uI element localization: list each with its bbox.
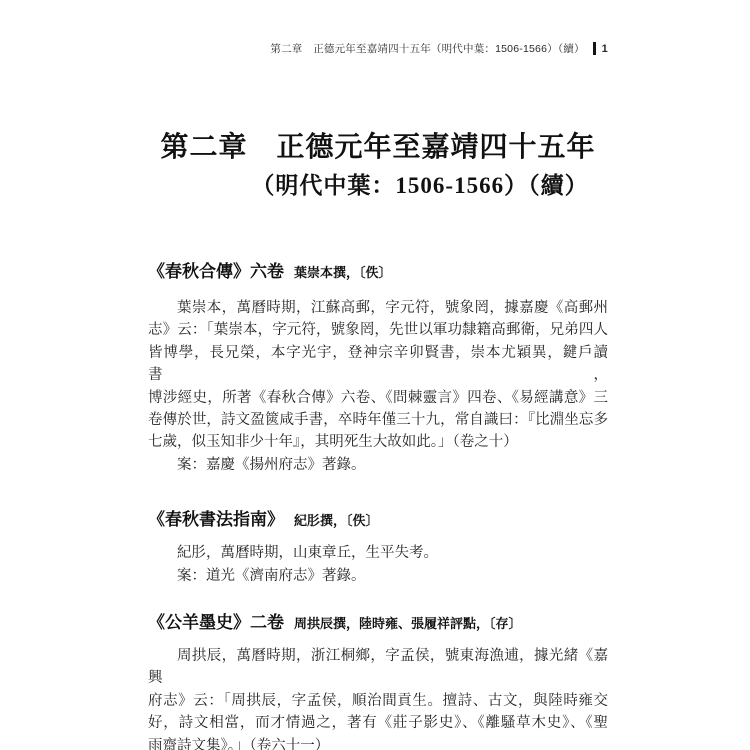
entry-byline: 周拱辰撰，陸時雍、張履祥評點，〔存〕 [294, 616, 522, 631]
entry-heading: 《春秋合傳》六卷葉崇本撰，〔佚〕 [148, 257, 608, 282]
paragraph-line: 府志》云：「周拱辰，字孟侯，順治間貢生。擅詩、古文，與陸時雍交 [148, 690, 608, 712]
running-header: 第二章 正德元年至嘉靖四十五年（明代中葉：1506-1566）（續） 1 [148, 0, 608, 56]
entry-paragraph: 周拱辰，萬曆時期，浙江桐鄉，字孟侯，號東海漁逋，據光緒《嘉興 府志》云：「周拱辰… [148, 645, 608, 750]
entry-note: 案：嘉慶《揚州府志》著錄。 [148, 454, 608, 476]
entry-book-title: 《春秋書法指南》 [148, 510, 284, 529]
paragraph-line: 雨齋詩文集》。」（卷六十一） [148, 735, 608, 750]
entry-heading: 《春秋書法指南》紀肜撰，〔佚〕 [148, 505, 608, 530]
paragraph-line: 周拱辰，萬曆時期，浙江桐鄉，字孟侯，號東海漁逋，據光緒《嘉興 [148, 645, 608, 690]
page-number-divider [593, 42, 596, 55]
paragraph-line: 志》云：「葉崇本，字元符，號象罔，先世以軍功隸籍高郵衛，兄弟四人 [148, 319, 608, 341]
entry-book-title: 《公羊墨史》二卷 [148, 613, 284, 632]
entry-note: 案：道光《濟南府志》著錄。 [148, 565, 608, 587]
entry-byline: 葉崇本撰，〔佚〕 [294, 265, 392, 280]
page-content: 第二章 正德元年至嘉靖四十五年（明代中葉：1506-1566）（續） 1 第二章… [148, 0, 608, 750]
paragraph-line: 葉崇本，萬曆時期，江蘇高郵，字元符，號象罔，據嘉慶《高郵州 [148, 297, 608, 319]
running-header-text: 第二章 正德元年至嘉靖四十五年（明代中葉：1506-1566）（續） [270, 41, 584, 56]
page-number: 1 [602, 43, 608, 55]
entry-paragraph: 紀肜，萬曆時期，山東章丘，生平失考。 案：道光《濟南府志》著錄。 [148, 542, 608, 587]
entry-heading: 《公羊墨史》二卷周拱辰撰，陸時雍、張履祥評點，〔存〕 [148, 608, 608, 633]
chapter-title-line2: （明代中葉：1506-1566）（續） [190, 171, 650, 201]
entry-paragraph: 葉崇本，萬曆時期，江蘇高郵，字元符，號象罔，據嘉慶《高郵州 志》云：「葉崇本，字… [148, 297, 608, 476]
entry-byline: 紀肜撰，〔佚〕 [294, 513, 379, 528]
paragraph-line: 卷傳於世，詩文盈篋咸手書，卒時年僅三十九，常自識曰：『比淵坐忘多 [148, 409, 608, 431]
entry-book-title: 《春秋合傳》六卷 [148, 262, 284, 281]
book-page: 第二章 正德元年至嘉靖四十五年（明代中葉：1506-1566）（續） 1 第二章… [0, 0, 750, 750]
chapter-title-line1: 第二章 正德元年至嘉靖四十五年 [148, 130, 608, 166]
paragraph-line: 皆博學，長兄榮，本字光宇，登神宗辛卯賢書，崇本尤穎異，鍵戶讀書， [148, 342, 608, 387]
paragraph-line: 紀肜，萬曆時期，山東章丘，生平失考。 [148, 542, 608, 564]
paragraph-line: 好，詩文相當，而才情過之，著有《莊子影史》、《離騷草木史》、《聖 [148, 712, 608, 734]
chapter-title: 第二章 正德元年至嘉靖四十五年 （明代中葉：1506-1566）（續） [148, 130, 608, 201]
paragraph-line: 七歲，似玉知非少十年』，其明死生大故如此。」（卷之十） [148, 431, 608, 453]
paragraph-line: 博涉經史，所著《春秋合傳》六卷、《問棘靈言》四卷、《易經講意》三 [148, 387, 608, 409]
